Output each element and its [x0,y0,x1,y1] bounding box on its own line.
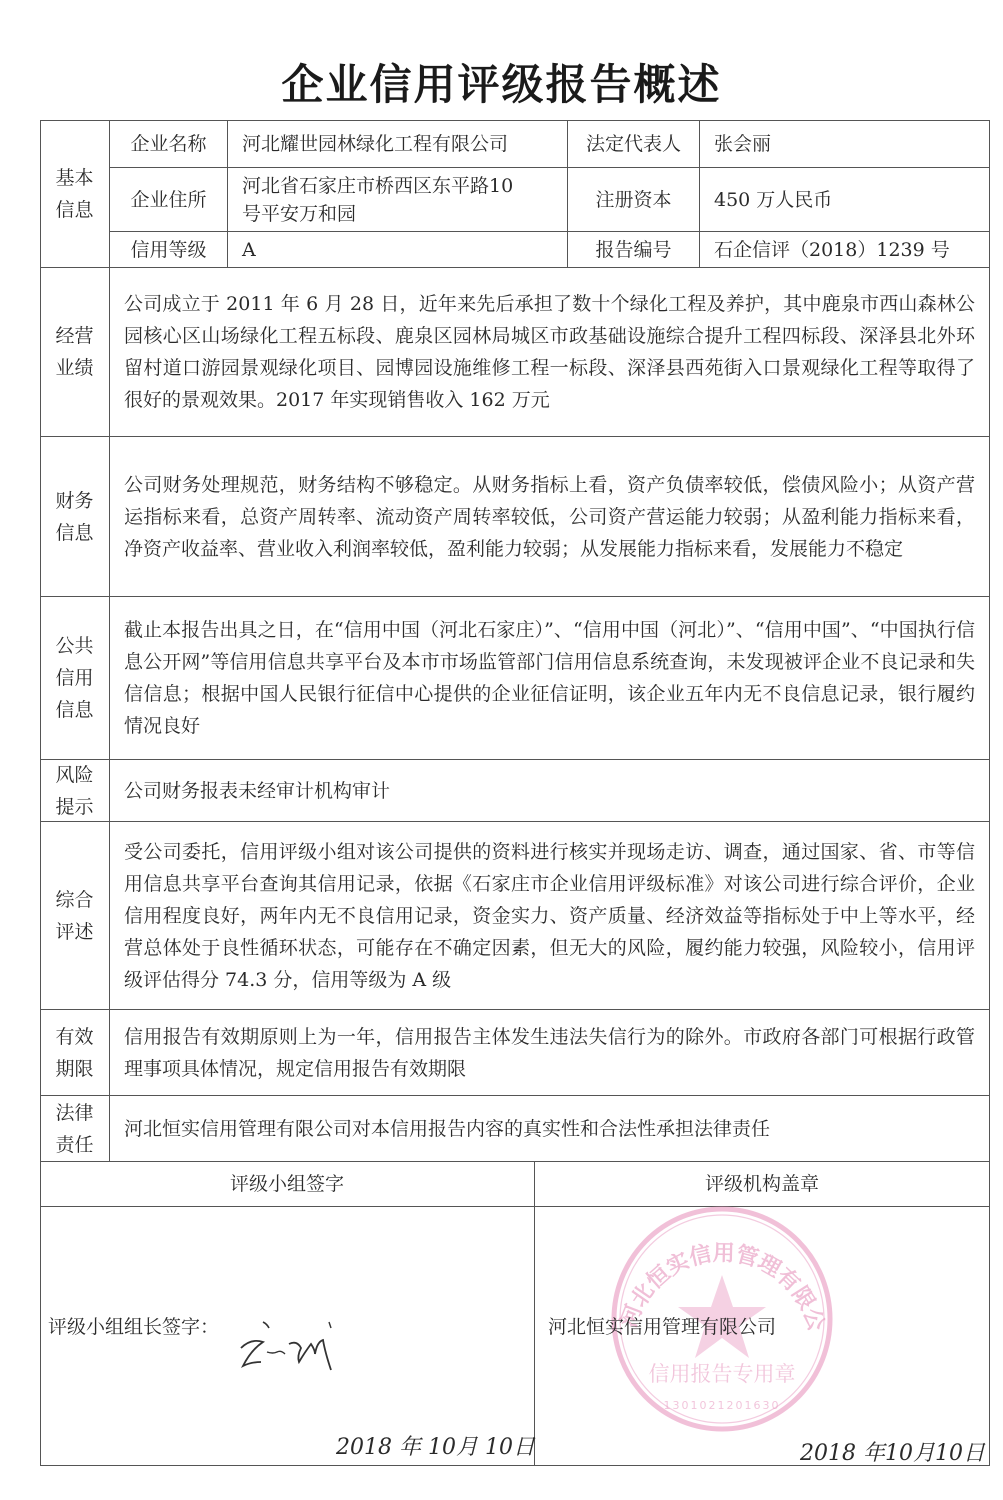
value-company-address: 河北省石家庄市桥西区东平路10号平安万和园 [228,168,568,232]
section-label-text: 财务信息 [54,485,96,549]
section-text-overall-assessment: 受公司委托，信用评级小组对该公司提供的资料进行核实并现场走访、调查，通过国家、省… [110,822,990,1010]
section-label-text: 基本信息 [54,162,96,226]
label-report-number: 报告编号 [568,232,700,268]
section-label-public-credit-info: 公共信用信息 [40,597,110,760]
label-company-address: 企业住所 [110,168,228,232]
section-label-text: 公共信用信息 [54,630,96,726]
agency-seal-date: 2018 年10月10日 [800,1436,985,1467]
section-label-validity-period: 有效期限 [40,1010,110,1096]
section-text-risk-warning: 公司财务报表未经审计机构审计 [110,760,990,822]
value-registered-capital: 450 万人民币 [700,168,990,232]
team-leader-signature-label: 评级小组组长签字： [48,1312,219,1339]
stamp-number: 1301021201630 [664,1399,781,1412]
section-label-text: 风险提示 [54,759,96,823]
section-label-overall-assessment: 综合评述 [40,822,110,1010]
label-legal-rep: 法定代表人 [568,120,700,168]
label-credit-grade: 信用等级 [110,232,228,268]
section-label-risk-warning: 风险提示 [40,760,110,822]
section-label-text: 综合评述 [54,884,96,948]
rating-agency-name: 河北恒实信用管理有限公司 [548,1312,776,1339]
section-text-financial-info: 公司财务处理规范，财务结构不够稳定。从财务指标上看，资产负债率较低，偿债风险小；… [110,437,990,597]
label-company-name: 企业名称 [110,120,228,168]
value-report-number: 石企信评（2018）1239 号 [700,232,990,268]
value-legal-rep: 张会丽 [700,120,990,168]
label-registered-capital: 注册资本 [568,168,700,232]
section-text-public-credit-info: 截止本报告出具之日，在“信用中国（河北石家庄）”、“信用中国（河北）”、“信用中… [110,597,990,760]
stamp-bottom-text: 信用报告专用章 [649,1362,796,1386]
section-text-validity-period: 信用报告有效期原则上为一年，信用报告主体发生违法失信行为的除外。市政府各部门可根… [110,1010,990,1096]
section-label-text: 法律责任 [54,1097,96,1161]
report-table: 基本信息 企业名称 河北耀世园林绿化工程有限公司 法定代表人 张会丽 企业住所 … [40,120,990,1466]
value-credit-grade: A [228,232,568,268]
address-text: 河北省石家庄市桥西区东平路10号平安万和园 [242,172,532,228]
section-label-text: 有效期限 [54,1021,96,1085]
section-label-business-performance: 经营业绩 [40,268,110,437]
header-agency-seal: 评级机构盖章 [535,1162,990,1207]
page-title: 企业信用评级报告概述 [0,52,1003,112]
team-signature-date: 2018 年 10月 10日 [336,1430,535,1461]
value-company-name: 河北耀世园林绿化工程有限公司 [228,120,568,168]
section-text-business-performance: 公司成立于 2011 年 6 月 28 日，近年来先后承担了数十个绿化工程及养护… [110,268,990,437]
section-label-basic-info: 基本信息 [40,120,110,268]
handwritten-signature [233,1318,403,1388]
section-label-legal-liability: 法律责任 [40,1096,110,1162]
header-team-signature: 评级小组签字 [40,1162,535,1207]
section-text-legal-liability: 河北恒实信用管理有限公司对本信用报告内容的真实性和合法性承担法律责任 [110,1096,990,1162]
section-label-financial-info: 财务信息 [40,437,110,597]
section-label-text: 经营业绩 [54,320,96,384]
